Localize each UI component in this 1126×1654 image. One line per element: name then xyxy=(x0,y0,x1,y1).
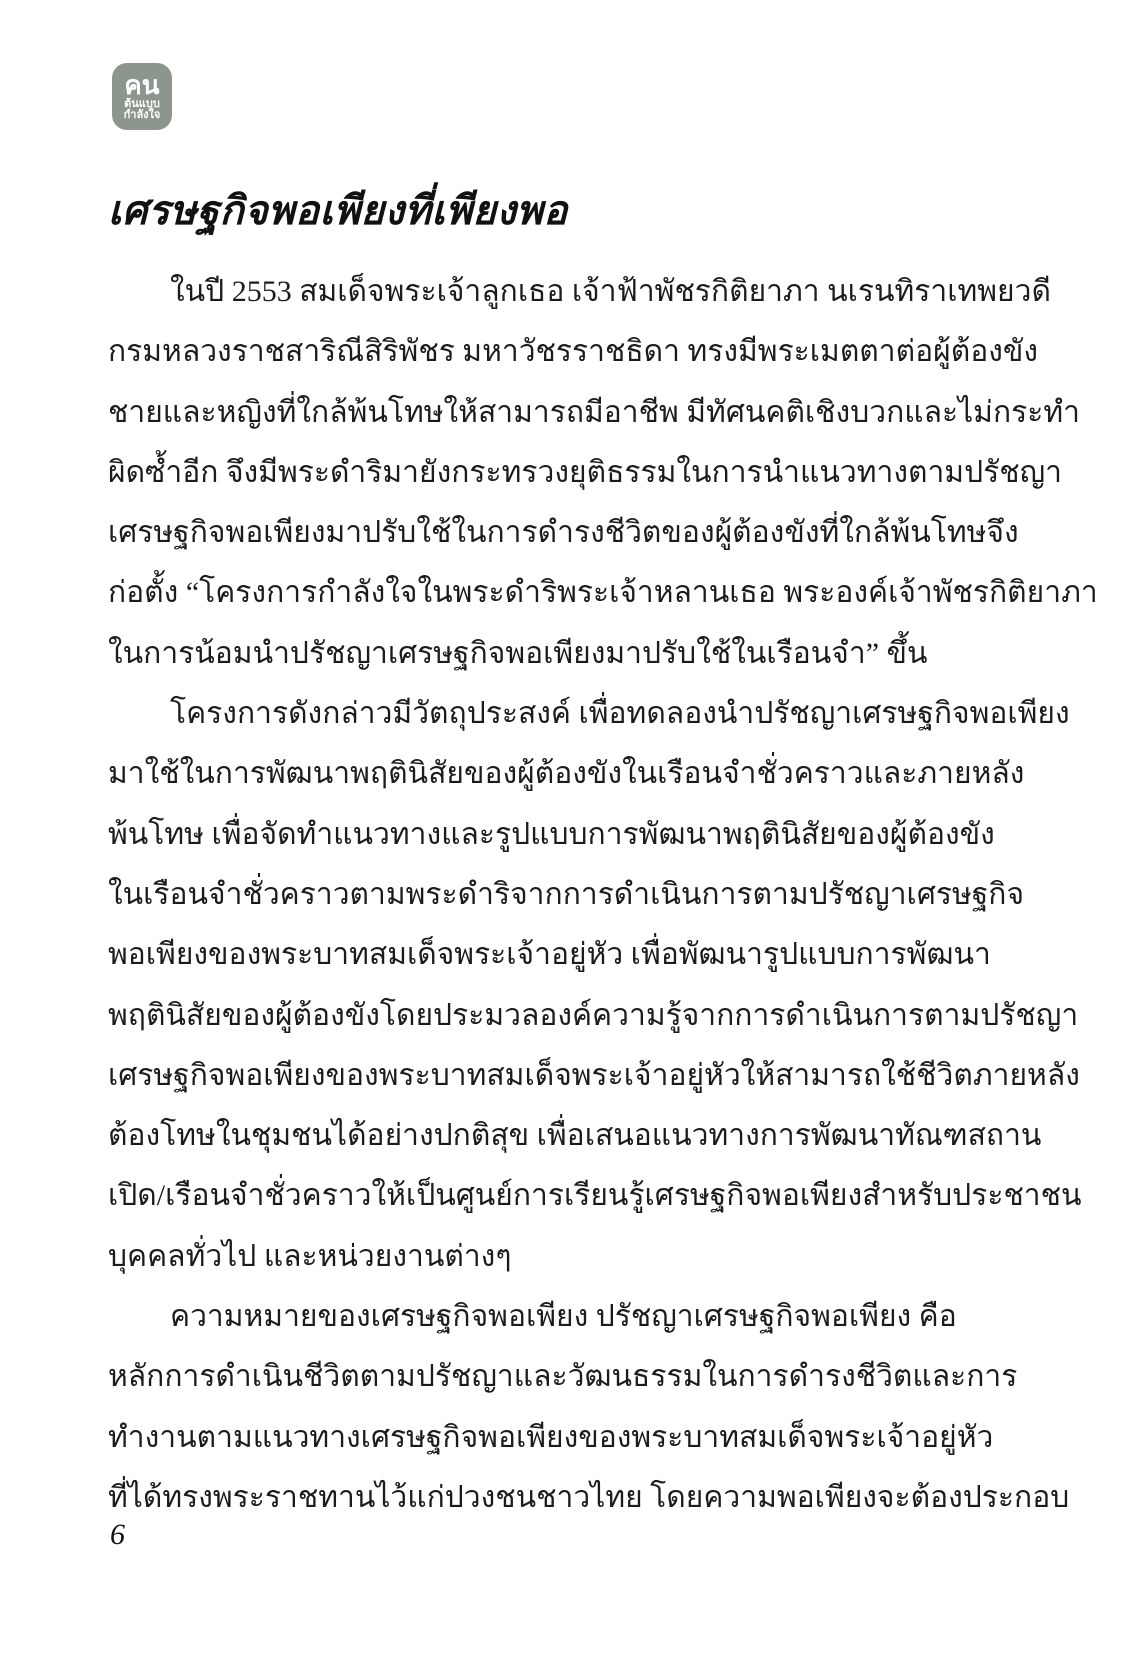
text-line: ในเรือนจำชั่วคราวตามพระดำริจากการดำเนินก… xyxy=(108,865,1028,925)
text-line: ต้องโทษในชุมชนได้อย่างปกติสุข เพื่อเสนอแ… xyxy=(108,1106,1028,1166)
text-line: ก่อตั้ง “โครงการกำลังใจในพระดำริพระเจ้าห… xyxy=(108,563,1028,623)
text-line: พฤตินิสัยของผู้ต้องขังโดยประมวลองค์ความร… xyxy=(108,986,1028,1046)
text-line: ชายและหญิงที่ใกล้พ้นโทษให้สามารถมีอาชีพ … xyxy=(108,383,1028,443)
text-line: โครงการดังกล่าวมีวัตถุประสงค์ เพื่อทดลอง… xyxy=(108,684,1028,744)
text-line: ที่ได้ทรงพระราชทานไว้แก่ปวงชนชาวไทย โดยค… xyxy=(108,1468,1028,1528)
text-line: ผิดซ้ำอีก จึงมีพระดำริมายังกระทรวงยุติธร… xyxy=(108,443,1028,503)
text-line: ความหมายของเศรษฐกิจพอเพียง ปรัชญาเศรษฐกิ… xyxy=(108,1287,1028,1347)
document-page: คน ต้นแบบ กำลังใจ เศรษฐกิจพอเพียงที่เพีย… xyxy=(0,0,1126,1654)
text-line: ทำงานตามแนวทางเศรษฐกิจพอเพียงของพระบาทสม… xyxy=(108,1408,1028,1468)
text-line: ในปี 2553 สมเด็จพระเจ้าลูกเธอ เจ้าฟ้าพัช… xyxy=(108,262,1028,322)
text-line: มาใช้ในการพัฒนาพฤตินิสัยของผู้ต้องขังในเ… xyxy=(108,744,1028,804)
text-line: เปิด/เรือนจำชั่วคราวให้เป็นศูนย์การเรียน… xyxy=(108,1166,1028,1226)
logo-text-sub2: กำลังใจ xyxy=(124,110,161,121)
page-number: 6 xyxy=(110,1518,125,1552)
text-line: กรมหลวงราชสาริณีสิริพัชร มหาวัชรราชธิดา … xyxy=(108,322,1028,382)
page-title: เศรษฐกิจพอเพียงที่เพียงพอ xyxy=(108,178,568,242)
text-line: เศรษฐกิจพอเพียงของพระบาทสมเด็จพระเจ้าอยู… xyxy=(108,1046,1028,1106)
logo-text-main: คน xyxy=(124,72,159,98)
text-line: พอเพียงของพระบาทสมเด็จพระเจ้าอยู่หัว เพื… xyxy=(108,925,1028,985)
publisher-logo-icon: คน ต้นแบบ กำลังใจ xyxy=(112,63,172,130)
text-line: บุคคลทั่วไป และหน่วยงานต่างๆ xyxy=(108,1227,1028,1287)
text-line: เศรษฐกิจพอเพียงมาปรับใช้ในการดำรงชีวิตขอ… xyxy=(108,503,1028,563)
text-line: ในการน้อมนำปรัชญาเศรษฐกิจพอเพียงมาปรับใช… xyxy=(108,624,1028,684)
text-line: หลักการดำเนินชีวิตตามปรัชญาและวัฒนธรรมใน… xyxy=(108,1347,1028,1407)
text-line: พ้นโทษ เพื่อจัดทำแนวทางและรูปแบบการพัฒนา… xyxy=(108,805,1028,865)
body-text: ในปี 2553 สมเด็จพระเจ้าลูกเธอ เจ้าฟ้าพัช… xyxy=(108,262,1028,1528)
